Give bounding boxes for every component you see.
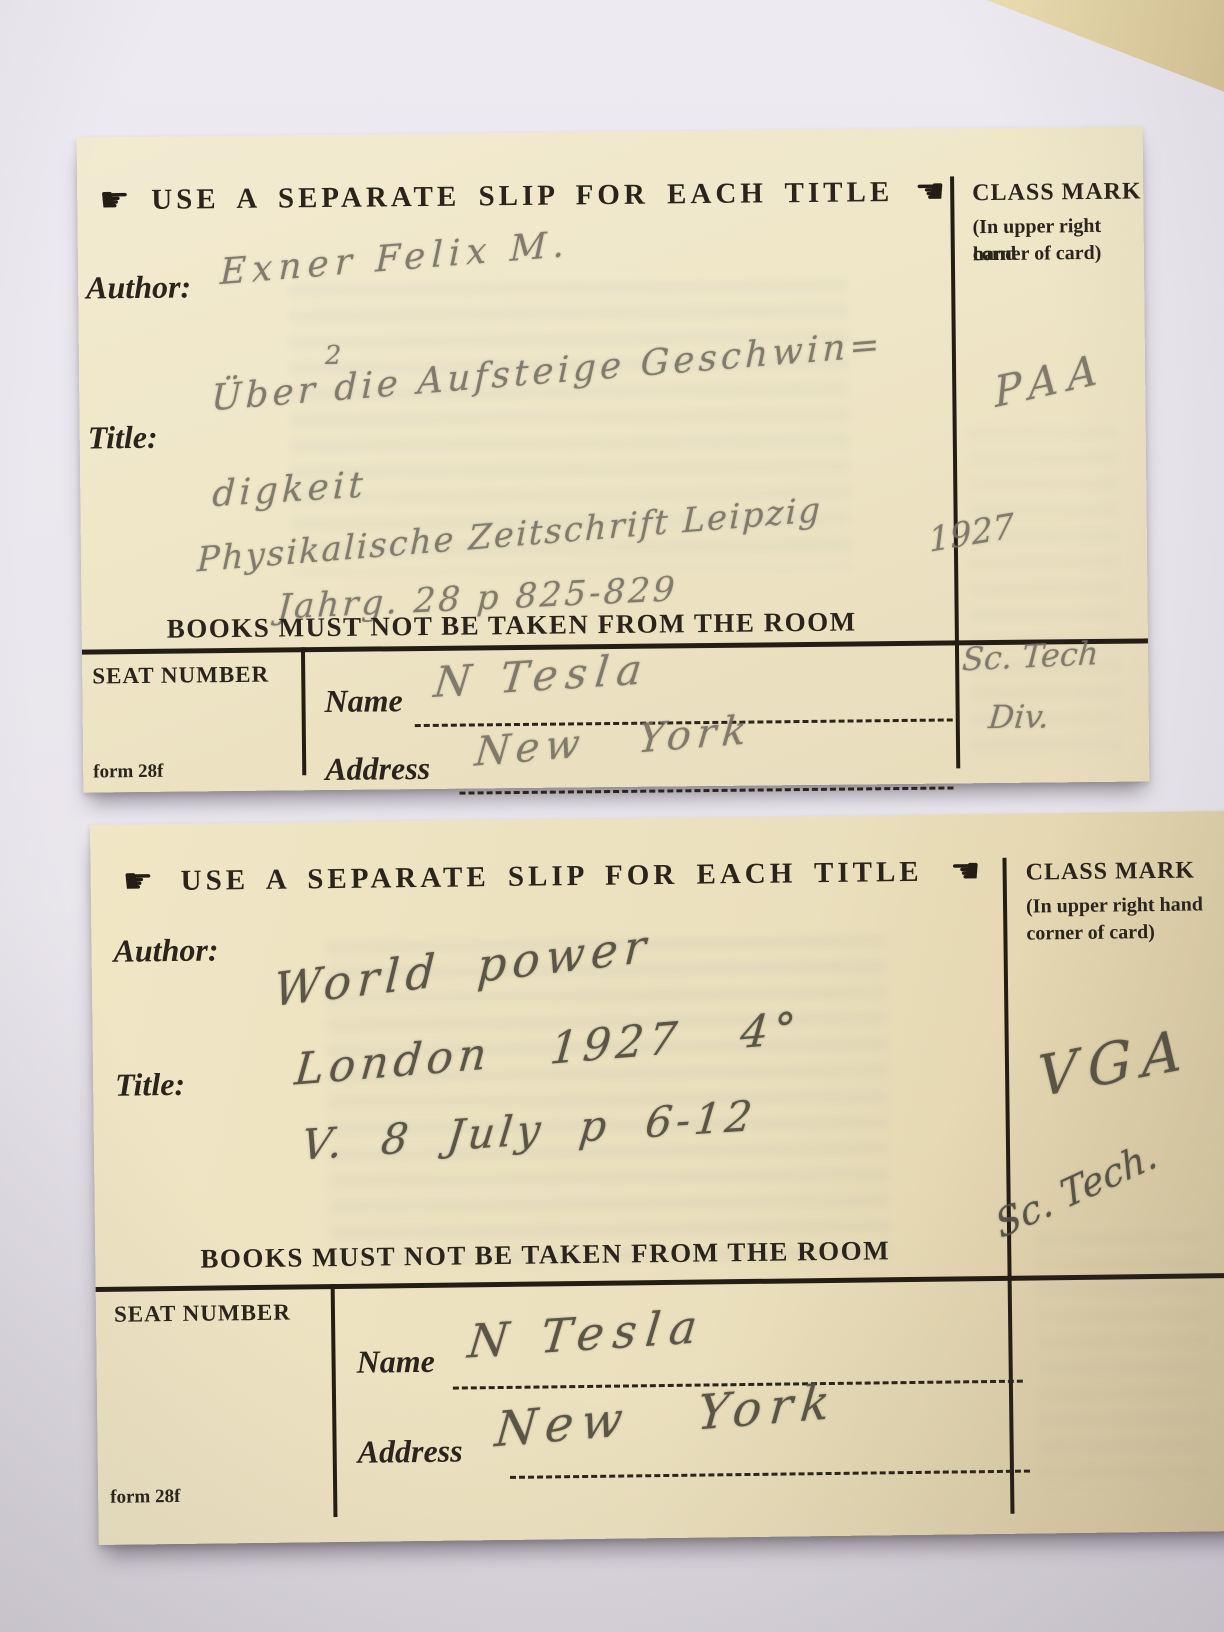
title-handwriting-line: Über die Aufsteige Geschwin= (211, 324, 884, 419)
class-mark-note: corner of card) (973, 240, 1102, 268)
books-notice: BOOKS MUST NOT BE TAKEN FROM THE ROOM (140, 1235, 950, 1276)
pointing-hand-left-icon: ☚ (950, 854, 981, 888)
card-header: ☛ USE A SEPARATE SLIP FOR EACH TITLE ☚ (122, 854, 980, 898)
section-rule (96, 1273, 1224, 1292)
call-slip-bottom: ☛ USE A SEPARATE SLIP FOR EACH TITLE ☚ C… (90, 811, 1224, 1545)
address-label: Address (325, 750, 430, 788)
photo-of-library-call-slips: ☛ USE A SEPARATE SLIP FOR EACH TITLE ☚ C… (0, 0, 1224, 1632)
call-slip-top: ☛ USE A SEPARATE SLIP FOR EACH TITLE ☚ C… (77, 126, 1150, 792)
address-handwriting: New York (473, 707, 755, 776)
title-label: Title: (115, 1066, 185, 1104)
class-mark-label: CLASS MARK (972, 178, 1142, 207)
seat-number-divider (331, 1284, 338, 1517)
form-number: form 28f (110, 1486, 180, 1509)
title-handwriting-line: World power (272, 918, 653, 1017)
class-mark-handwriting: VGA (1037, 1016, 1193, 1110)
division-handwriting: Sc. Tech. (991, 1132, 1162, 1247)
form-number: form 28f (93, 761, 163, 784)
class-mark-note: (In upper right hand (1026, 891, 1203, 920)
title-superscript-handwriting: 2 (325, 341, 342, 371)
class-mark-divider (950, 176, 960, 768)
card-header: ☛ USE A SEPARATE SLIP FOR EACH TITLE ☚ (99, 175, 945, 218)
class-mark-handwriting: PAA (992, 343, 1108, 417)
showthrough-smudge (1035, 1231, 1208, 1493)
header-text: USE A SEPARATE SLIP FOR EACH TITLE (151, 176, 893, 217)
books-notice: BOOKS MUST NOT BE TAKEN FROM THE ROOM (112, 606, 912, 645)
class-mark-label: CLASS MARK (1025, 858, 1195, 887)
class-mark-divider (1002, 858, 1014, 1514)
seat-number-divider (301, 647, 306, 775)
name-signature-handwriting: N Tesla (465, 1299, 708, 1369)
title-handwriting-line: V. 8 July p 6-12 (299, 1091, 758, 1170)
pointing-hand-right-icon: ☛ (122, 864, 153, 898)
adjacent-card-corner (974, 0, 1224, 108)
author-label: Author: (113, 931, 218, 969)
pointing-hand-left-icon: ☚ (915, 175, 946, 209)
title-handwriting-line: digkeit (211, 464, 367, 515)
title-label: Title: (88, 419, 158, 457)
author-handwriting: Exner Felix M. (220, 224, 571, 293)
title-year-handwriting: 1927 (928, 506, 1016, 561)
address-label: Address (357, 1432, 462, 1470)
class-mark-note: corner of card) (1026, 919, 1155, 948)
title-handwriting-line: London 1927 4° (293, 1003, 803, 1096)
division-handwriting: Sc. Tech (961, 634, 1100, 678)
header-text: USE A SEPARATE SLIP FOR EACH TITLE (180, 855, 922, 897)
address-line (459, 786, 953, 794)
address-line (510, 1470, 1030, 1479)
name-label: Name (324, 682, 403, 720)
division-handwriting: Div. (987, 697, 1051, 736)
name-label: Name (356, 1343, 435, 1381)
author-label: Author: (86, 268, 191, 306)
pointing-hand-right-icon: ☛ (99, 183, 130, 217)
seat-number-label: SEAT NUMBER (92, 662, 269, 690)
seat-number-label: SEAT NUMBER (114, 1300, 291, 1328)
name-signature-handwriting: N Tesla (432, 644, 653, 707)
